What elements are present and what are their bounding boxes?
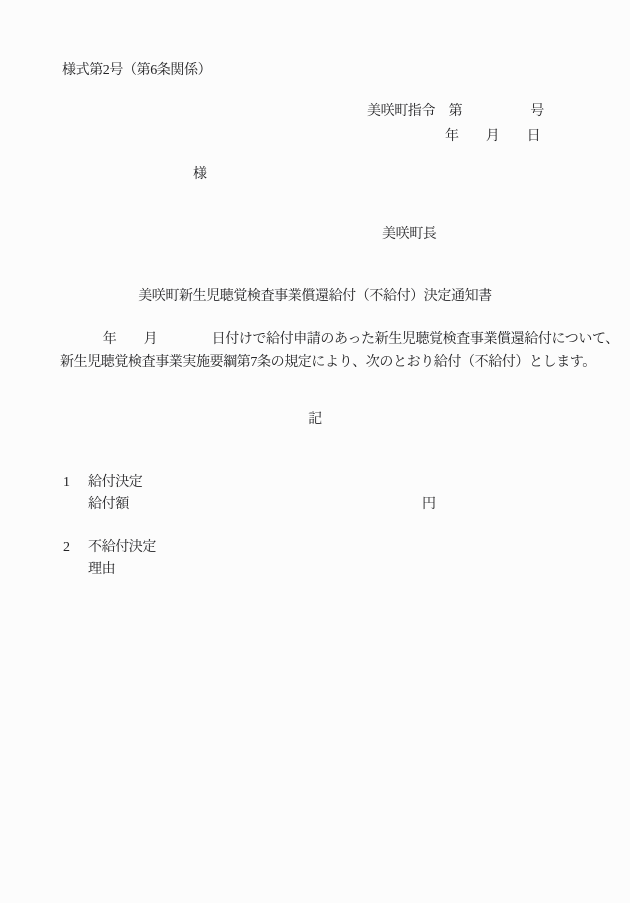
document-title: 美咲町新生児聴覚検査事業償還給付（不給付）決定通知書: [0, 289, 630, 305]
section-2-number: 2: [63, 540, 70, 556]
addressee-honorific: 様: [193, 167, 207, 183]
body-paragraph-line-1: 年 月 日付けで給付申請のあった新生児聴覚検査事業償還給付について、: [62, 332, 619, 348]
section-2-field-label: 理由: [88, 562, 115, 578]
section-1-heading: 給付決定: [88, 475, 142, 491]
issue-date-line: 年 月 日: [445, 129, 540, 145]
form-number: 様式第2号（第6条関係）: [62, 63, 211, 79]
body-paragraph-line-2: 新生児聴覚検査事業実施要綱第7条の規定により、次のとおり給付（不給付）とします。: [60, 355, 596, 371]
section-1-field-label: 給付額: [88, 497, 129, 513]
document-page: 様式第2号（第6条関係） 美咲町指令 第 号 年 月 日 様 美咲町長 美咲町新…: [0, 0, 630, 903]
section-1-number: 1: [63, 475, 70, 491]
issuer-title: 美咲町長: [382, 227, 436, 243]
directive-number-line: 美咲町指令 第 号: [367, 104, 544, 120]
section-2-heading: 不給付決定: [88, 540, 156, 556]
note-heading: 記: [0, 412, 630, 428]
section-1-amount-unit: 円: [422, 497, 436, 513]
